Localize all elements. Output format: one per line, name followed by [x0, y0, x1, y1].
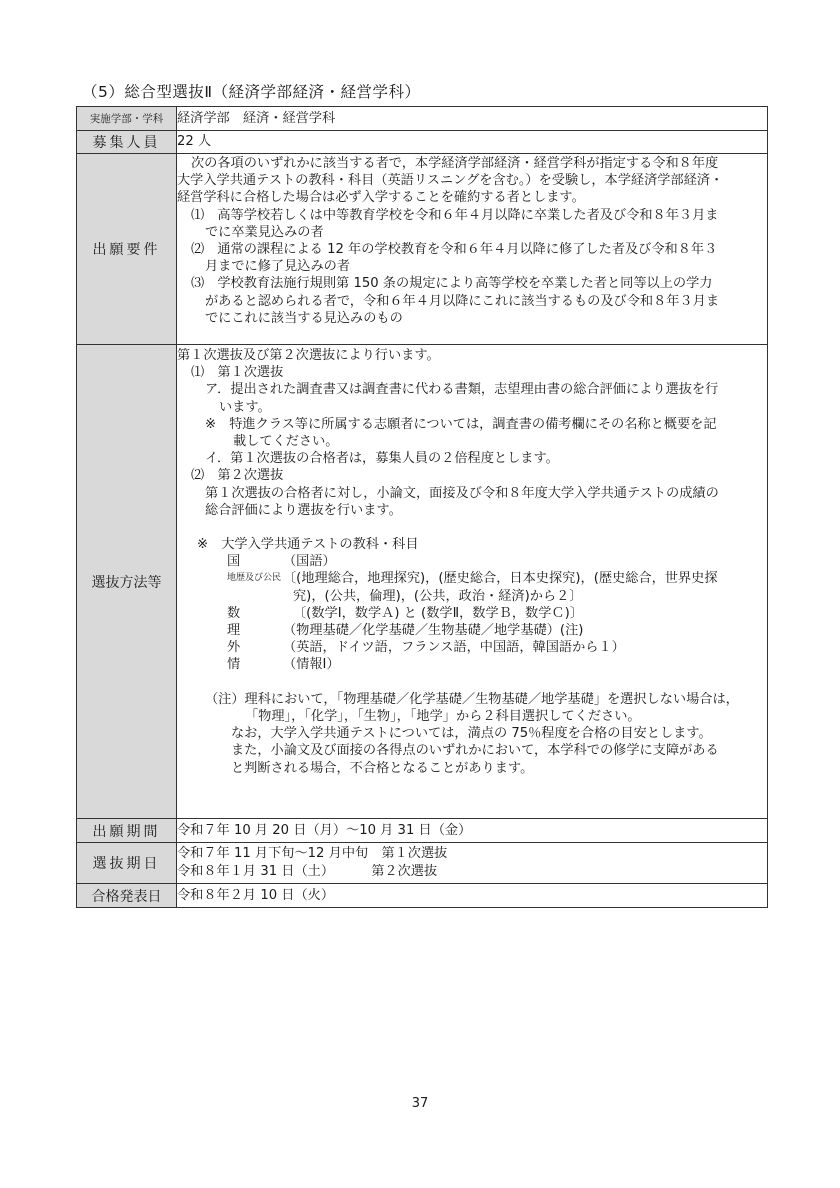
stage1-note: ※ 特進クラス等に所属する志願者については，調査書の備考欄にその名称と概要を記 — [177, 416, 767, 433]
subject-key: 理 — [177, 622, 283, 639]
subject-row: 国 （国語） — [177, 553, 767, 570]
subject-value: 〔(地理総合，地理探究)，(歴史総合，日本史探究)，(歴史総合，世界史探 — [283, 570, 718, 587]
stage1-note-cont: 載してください。 — [177, 433, 767, 450]
subject-key — [177, 588, 283, 605]
note-line: なお，大学入学共通テストについては，満点の 75％程度を合格の目安とします。 — [177, 725, 767, 742]
requirements-line: 月までに修了見込みの者 — [177, 258, 767, 275]
requirements-line: 経営学科に合格した場合は必ず入学することを確約する者とします。 — [177, 189, 767, 206]
label-application-period: 出願期間 — [77, 819, 177, 843]
stage2-text: 第１次選抜の合格者に対し，小論文，面接及び令和８年度大学入学共通テストの成績の — [177, 485, 767, 502]
stage2-heading: ⑵ 第２次選抜 — [177, 467, 767, 484]
value-capacity: 22 人 — [177, 131, 768, 154]
subject-key: 国 — [177, 553, 283, 570]
value-announcement: 令和８年２月 10 日（火） — [177, 884, 768, 908]
subject-key: 数 — [177, 605, 283, 622]
row-selection-dates: 選抜期日 令和７年 11 月下旬～12 月中旬 第１次選抜 令和８年１月 31 … — [77, 843, 768, 884]
subject-value: 〔(数学Ⅰ，数学Ａ) と (数学Ⅱ，数学Ｂ，数学Ｃ)〕 — [283, 605, 583, 622]
stage1-item-a-cont: います。 — [177, 399, 767, 416]
row-faculty: 実施学部・学科 経済学部 経済・経営学科 — [77, 107, 768, 131]
requirements-line: 大学入学共通テストの教科・科目（英語リスニングを含む。）を受験し，本学経済学部経… — [177, 172, 767, 189]
selection-date-stage2: 令和８年１月 31 日（土） 第２次選抜 — [177, 863, 767, 881]
requirements-line: でにこれに該当する見込みのもの — [177, 310, 767, 327]
row-requirements: 出願要件 次の各項のいずれかに該当する者で，本学経済学部経済・経営学科が指定する… — [77, 154, 768, 345]
requirements-line: でに卒業見込みの者 — [177, 224, 767, 241]
note-line: 「物理」，「化学」，「生物」，「地学」から２科目選択してください。 — [177, 708, 767, 725]
test-heading: ※ 大学入学共通テストの教科・科目 — [177, 536, 767, 553]
requirements-item-3: ⑶ 学校教育法施行規則第 150 条の規定により高等学校を卒業した者と同等以上の… — [177, 275, 767, 292]
subject-row: 情 （情報Ⅰ） — [177, 656, 767, 673]
label-announcement: 合格発表日 — [77, 884, 177, 908]
label-selection-dates: 選抜期日 — [77, 843, 177, 884]
value-application-period: 令和７年 10 月 20 日（月）～10 月 31 日（金） — [177, 819, 768, 843]
spacer — [177, 519, 767, 536]
subject-value: （国語） — [283, 553, 336, 570]
subject-row: 数 〔(数学Ⅰ，数学Ａ) と (数学Ⅱ，数学Ｂ，数学Ｃ)〕 — [177, 605, 767, 622]
subject-key: 外 — [177, 639, 283, 656]
stage2-text: 総合評価により選抜を行います。 — [177, 502, 767, 519]
subject-key: 情 — [177, 656, 283, 673]
section-title: （5）総合型選抜Ⅱ（経済学部経済・経営学科） — [82, 80, 421, 102]
page-number: 37 — [0, 1096, 840, 1111]
subject-row: 理 （物理基礎／化学基礎／生物基礎／地学基礎）(注) — [177, 622, 767, 639]
label-capacity: 募集人員 — [77, 131, 177, 154]
value-requirements: 次の各項のいずれかに該当する者で，本学経済学部経済・経営学科が指定する令和８年度… — [177, 154, 768, 345]
value-selection-dates: 令和７年 11 月下旬～12 月中旬 第１次選抜 令和８年１月 31 日（土） … — [177, 843, 768, 884]
subject-row: 究)，(公共，倫理)，(公共，政治・経済)から２〕 — [177, 588, 767, 605]
stage1-item-a: ア．提出された調査書又は調査書に代わる書類，志望理由書の総合評価により選抜を行 — [177, 381, 767, 398]
requirements-item-2: ⑵ 通常の課程による 12 年の学校教育を令和６年４月以降に修了した者及び令和８… — [177, 241, 767, 258]
requirements-item-1: ⑴ 高等学校若しくは中等教育学校を令和６年４月以降に卒業した者及び令和８年３月ま — [177, 207, 767, 224]
stage1-heading: ⑴ 第１次選抜 — [177, 364, 767, 381]
selection-date-stage1: 令和７年 11 月下旬～12 月中旬 第１次選抜 — [177, 845, 767, 863]
note-line: （注）理科において，「物理基礎／化学基礎／生物基礎／地学基礎」を選択しない場合は… — [177, 691, 767, 708]
label-faculty: 実施学部・学科 — [77, 107, 177, 131]
stage1-item-b: イ．第１次選抜の合格者は，募集人員の２倍程度とします。 — [177, 450, 767, 467]
value-selection: 第１次選抜及び第２次選抜により行います。 ⑴ 第１次選抜 ア．提出された調査書又… — [177, 345, 768, 819]
subject-value: 究)，(公共，倫理)，(公共，政治・経済)から２〕 — [283, 588, 582, 605]
subject-value: （情報Ⅰ） — [283, 656, 340, 673]
row-announcement: 合格発表日 令和８年２月 10 日（火） — [77, 884, 768, 908]
row-capacity: 募集人員 22 人 — [77, 131, 768, 154]
label-selection: 選抜方法等 — [77, 345, 177, 819]
requirements-line: 次の各項のいずれかに該当する者で，本学経済学部経済・経営学科が指定する令和８年度 — [177, 155, 767, 172]
subject-row: 外 （英語，ドイツ語，フランス語，中国語，韓国語から１） — [177, 639, 767, 656]
label-requirements: 出願要件 — [77, 154, 177, 345]
subject-value: （英語，ドイツ語，フランス語，中国語，韓国語から１） — [283, 639, 625, 656]
spacer — [177, 674, 767, 691]
row-application-period: 出願期間 令和７年 10 月 20 日（月）～10 月 31 日（金） — [77, 819, 768, 843]
subject-key: 地歴及び公民 — [177, 570, 283, 587]
subject-value: （物理基礎／化学基礎／生物基礎／地学基礎）(注) — [283, 622, 583, 639]
note-line: と判断される場合，不合格となることがあります。 — [177, 760, 767, 777]
value-faculty: 経済学部 経済・経営学科 — [177, 107, 768, 131]
subject-row: 地歴及び公民 〔(地理総合，地理探究)，(歴史総合，日本史探究)，(歴史総合，世… — [177, 570, 767, 587]
requirements-line: があると認められる者で，令和６年４月以降にこれに該当するもの及び令和８年３月ま — [177, 293, 767, 310]
selection-intro: 第１次選抜及び第２次選抜により行います。 — [177, 347, 767, 364]
note-line: また，小論文及び面接の各得点のいずれかにおいて，本学科での修学に支障がある — [177, 742, 767, 759]
admission-table: 実施学部・学科 経済学部 経済・経営学科 募集人員 22 人 出願要件 次の各項… — [76, 106, 768, 908]
row-selection: 選抜方法等 第１次選抜及び第２次選抜により行います。 ⑴ 第１次選抜 ア．提出さ… — [77, 345, 768, 819]
